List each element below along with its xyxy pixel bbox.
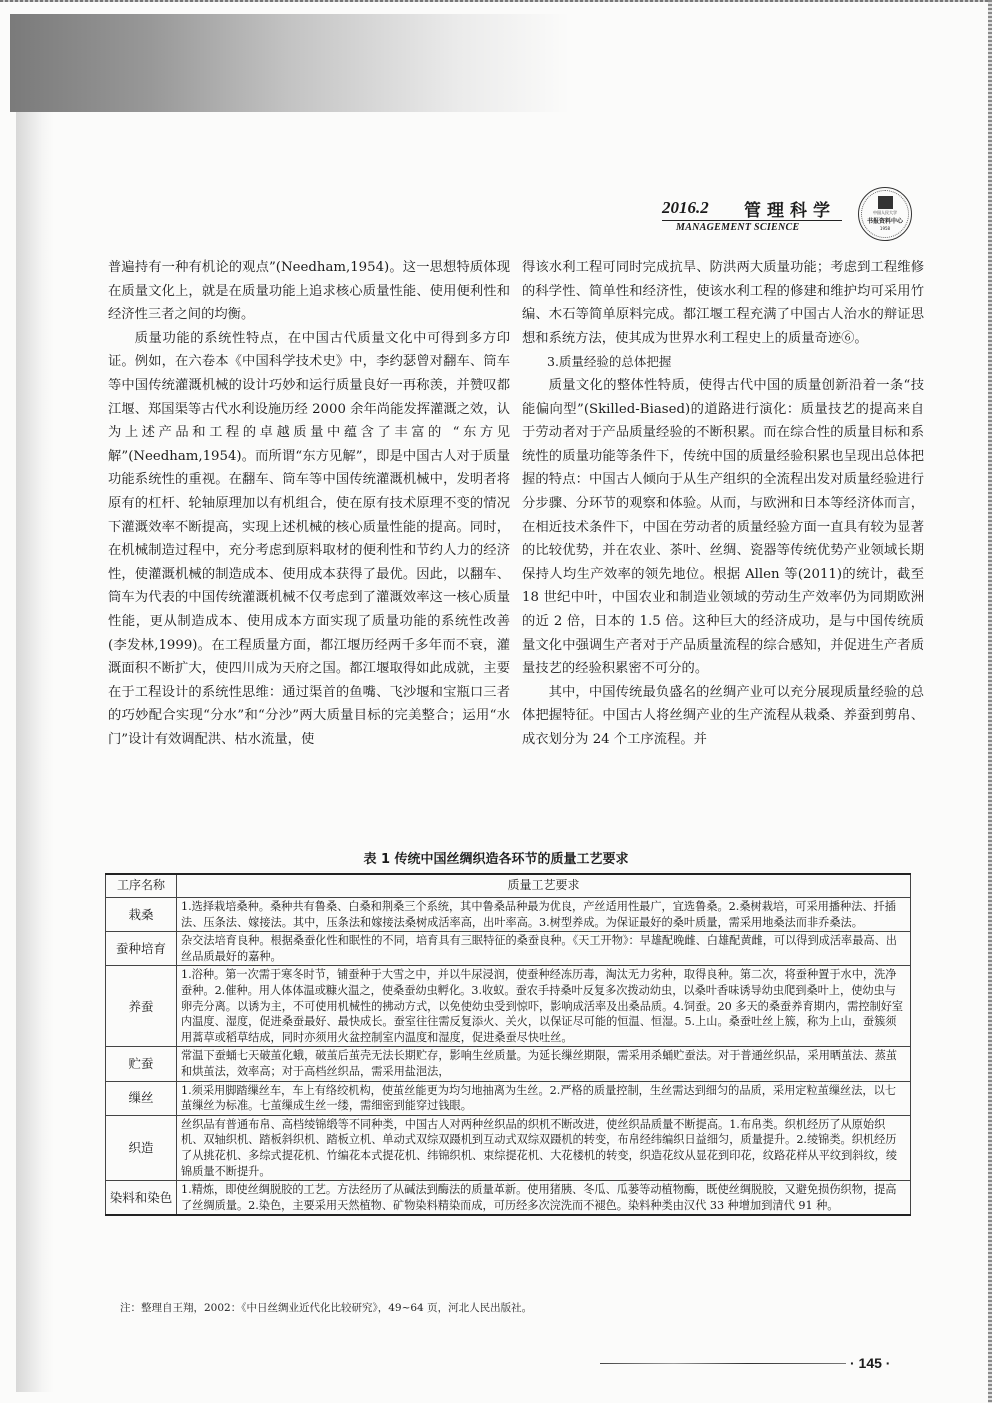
header-rule bbox=[662, 220, 842, 221]
stage-cell: 缫丝 bbox=[106, 1081, 177, 1115]
requirement-cell: 1.浴种。第一次需于寒冬时节，铺蚕种于大雪之中，并以牛尿浸润，使蚕种经冻历毒，淘… bbox=[177, 966, 911, 1047]
section-subheading: 3.质量经验的总体把握 bbox=[522, 350, 924, 374]
seal-line2: 书报资料中心 bbox=[859, 216, 911, 225]
requirement-cell: 1.选择栽培桑种。桑种共有鲁桑、白桑和荆桑三个系统，其中鲁桑品种最为优良，产丝适… bbox=[177, 898, 911, 932]
footer-rule bbox=[600, 1363, 846, 1364]
scan-edge-top bbox=[0, 0, 992, 2]
paragraph: 质量文化的整体性特质，使得古代中国的质量创新沿着一条“技能偏向型”(Skille… bbox=[522, 374, 924, 681]
requirement-cell: 常温下蚕蛹七天破茧化蛾，破茧后茧壳无法长期贮存，影响生丝质量。为延长缫丝期限，需… bbox=[177, 1047, 911, 1081]
seal-year: 1958 bbox=[859, 226, 911, 231]
stage-cell: 染料和染色 bbox=[106, 1181, 177, 1216]
stage-cell: 织造 bbox=[106, 1115, 177, 1180]
seal-emblem-icon bbox=[878, 196, 893, 209]
page-number: · 145 · bbox=[850, 1355, 890, 1371]
journal-title: 管理科学 bbox=[744, 196, 836, 221]
table-row: 蚕种培育 杂交法培育良种。根据桑蚕化性和眠性的不同，培育具有三眠特征的桑蚕良种。… bbox=[106, 932, 911, 966]
left-column: 普遍持有一种有机论的观点”(Needham,1954)。这一思想特质体现在质量文… bbox=[108, 256, 510, 751]
table-row: 贮蚕 常温下蚕蛹七天破茧化蛾，破茧后茧壳无法长期贮存，影响生丝质量。为延长缫丝期… bbox=[106, 1047, 911, 1081]
silk-process-table: 工序名称 质量工艺要求 栽桑 1.选择栽培桑种。桑种共有鲁桑、白桑和荆桑三个系统… bbox=[105, 873, 911, 1216]
table-row: 染料和染色 1.精炼，即使丝绸脱胶的工艺。方法经历了从碱法到酶法的质量革新。使用… bbox=[106, 1181, 911, 1216]
table-row: 栽桑 1.选择栽培桑种。桑种共有鲁桑、白桑和荆桑三个系统，其中鲁桑品种最为优良，… bbox=[106, 898, 911, 932]
paragraph: 其中，中国传统最负盛名的丝绸产业可以充分展现质量经验的总体把握特征。中国古人将丝… bbox=[522, 681, 924, 752]
stage-cell: 贮蚕 bbox=[106, 1047, 177, 1081]
scan-edge-right bbox=[988, 0, 992, 1403]
column-header-stage: 工序名称 bbox=[106, 874, 177, 898]
right-column: 得该水利工程可同时完成抗旱、防洪两大质量功能；考虑到工程维修的科学性、简单性和经… bbox=[522, 256, 924, 751]
column-header-requirement: 质量工艺要求 bbox=[177, 874, 911, 898]
table-row: 缫丝 1.须采用脚踏缫丝车，车上有络绞机构，使茧丝能更为均匀地抽离为生丝。2.严… bbox=[106, 1081, 911, 1115]
stage-cell: 蚕种培育 bbox=[106, 932, 177, 966]
paragraph: 质量功能的系统性特点，在中国古代质量文化中可得到多方印证。例如，在六卷本《中国科… bbox=[108, 327, 510, 752]
journal-title-en: MANAGEMENT SCIENCE bbox=[676, 222, 800, 233]
journal-header: 2016.2 管理科学 MANAGEMENT SCIENCE bbox=[662, 196, 852, 236]
stage-cell: 栽桑 bbox=[106, 898, 177, 932]
paragraph: 普遍持有一种有机论的观点”(Needham,1954)。这一思想特质体现在质量文… bbox=[108, 256, 510, 327]
requirement-cell: 1.精炼，即使丝绸脱胶的工艺。方法经历了从碱法到酶法的质量革新。使用猪胰、冬瓜、… bbox=[177, 1181, 911, 1216]
scan-binding-shadow bbox=[16, 112, 54, 1392]
table-caption: 表 1 传统中国丝绸织造各环节的质量工艺要求 bbox=[0, 848, 992, 867]
issue-number: 2016.2 bbox=[662, 198, 709, 218]
stage-cell: 养蚕 bbox=[106, 966, 177, 1047]
table-header-row: 工序名称 质量工艺要求 bbox=[106, 874, 911, 898]
requirement-cell: 丝织品有普通布帛、高档绫锦缎等不同种类，中国古人对两种丝织品的织机不断改进，使丝… bbox=[177, 1115, 911, 1180]
table-row: 养蚕 1.浴种。第一次需于寒冬时节，铺蚕种于大雪之中，并以牛尿浸润，使蚕种经冻历… bbox=[106, 966, 911, 1047]
requirement-cell: 杂交法培育良种。根据桑蚕化性和眠性的不同，培育具有三眠特征的桑蚕良种。《天工开物… bbox=[177, 932, 911, 966]
table-row: 织造 丝织品有普通布帛、高档绫锦缎等不同种类，中国古人对两种丝织品的织机不断改进… bbox=[106, 1115, 911, 1180]
table-note: 注：整理自王翔，2002：《中日丝绸业近代化比较研究》，49~64 页，河北人民… bbox=[120, 1300, 532, 1315]
paragraph: 得该水利工程可同时完成抗旱、防洪两大质量功能；考虑到工程维修的科学性、简单性和经… bbox=[522, 256, 924, 350]
scan-shadow bbox=[10, 14, 570, 112]
publisher-seal-icon: 中国人民大学 书报资料中心 1958 bbox=[858, 187, 912, 241]
requirement-cell: 1.须采用脚踏缫丝车，车上有络绞机构，使茧丝能更为均匀地抽离为生丝。2.严格的质… bbox=[177, 1081, 911, 1115]
